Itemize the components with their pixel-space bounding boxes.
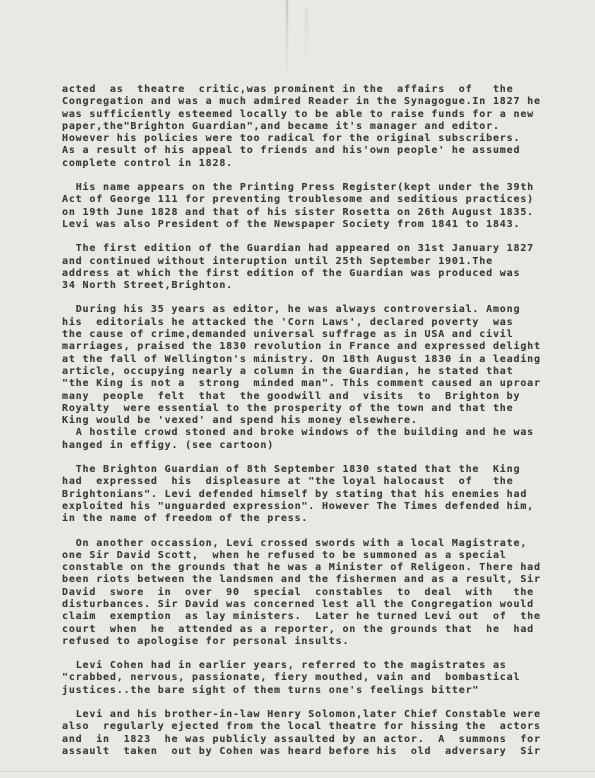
paragraph-4: During his 35 years as editor, he was al… — [62, 304, 554, 452]
paragraph-8: Levi and his brother-in-law Henry Solomo… — [62, 709, 554, 758]
paragraph-7: Levi Cohen had in earlier years, referre… — [62, 660, 554, 697]
scan-smudge-mark — [305, 8, 308, 63]
document-page: acted as theatre critic,was prominent in… — [0, 0, 595, 778]
page-bottom-edge — [0, 771, 595, 772]
paragraph-1: acted as theatre critic,was prominent in… — [62, 84, 554, 170]
paragraph-3: The first edition of the Guardian had ap… — [62, 243, 554, 292]
scan-crease-mark — [286, 0, 288, 82]
paragraph-6: On another occassion, Levi crossed sword… — [62, 538, 554, 649]
paragraph-5: The Brighton Guardian of 8th September 1… — [62, 464, 554, 525]
paragraph-2: His name appears on the Printing Press R… — [62, 182, 554, 231]
typewritten-text-block: acted as theatre critic,was prominent in… — [62, 84, 554, 770]
